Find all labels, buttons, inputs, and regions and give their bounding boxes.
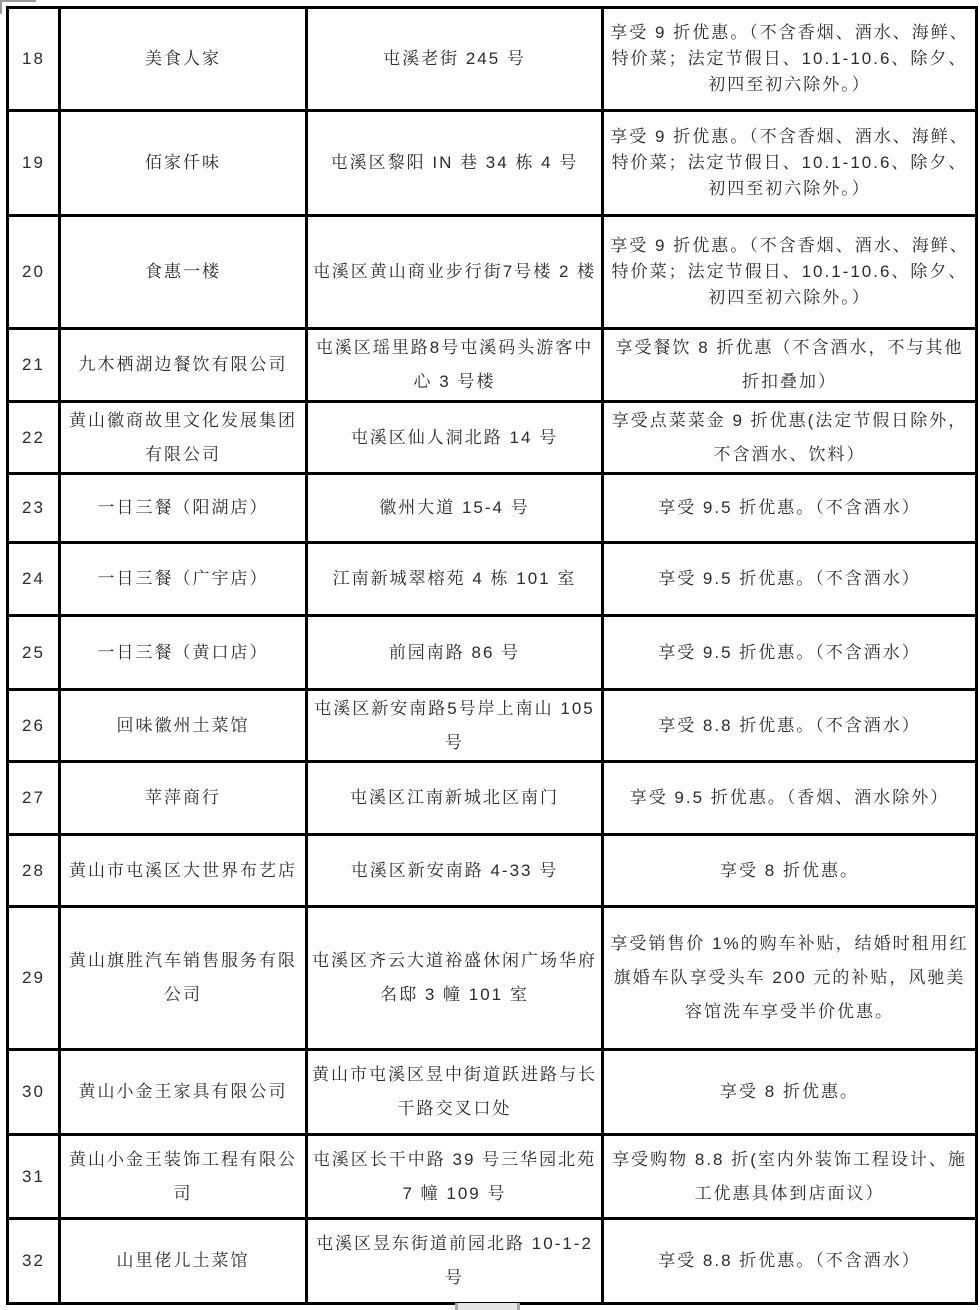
merchant-name: 苹萍商行: [60, 762, 307, 835]
row-number: 20: [8, 216, 60, 329]
merchant-name: 黄山小金王家具有限公司: [60, 1050, 307, 1135]
discount-details: 享受 9 折优惠。（不含香烟、酒水、海鲜、特价菜；法定节假日、10.1-10.6…: [603, 8, 977, 111]
document-page: 18美食人家屯溪老街 245 号享受 9 折优惠。（不含香烟、酒水、海鲜、特价菜…: [0, 0, 980, 1310]
merchant-name: 回味徽州土菜馆: [60, 690, 307, 762]
row-number: 25: [8, 616, 60, 690]
table-row: 24一日三餐（广宇店）江南新城翠榕苑 4 栋 101 室享受 9.5 折优惠。（…: [8, 543, 977, 616]
merchant-address: 屯溪区仙人洞北路 14 号: [307, 402, 603, 474]
table-row: 27苹萍商行屯溪区江南新城北区南门享受 9.5 折优惠。（香烟、酒水除外）: [8, 762, 977, 835]
discount-details: 享受购物 8.8 折(室内外装饰工程设计、施工优惠具体到店面议）: [603, 1135, 977, 1219]
table-row: 30黄山小金王家具有限公司黄山市屯溪区昱中街道跃进路与长干路交叉口处享受 8 折…: [8, 1050, 977, 1135]
discount-details: 享受 9 折优惠。（不含香烟、酒水、海鲜、特价菜；法定节假日、10.1-10.6…: [603, 111, 977, 216]
merchant-name: 佰家仟味: [60, 111, 307, 216]
row-number: 19: [8, 111, 60, 216]
table-row: 26回味徽州土菜馆屯溪区新安南路5号岸上南山 105 号享受 8.8 折优惠。（…: [8, 690, 977, 762]
merchant-name: 黄山旗胜汽车销售服务有限公司: [60, 907, 307, 1050]
discount-details: 享受销售价 1%的购车补贴，结婚时租用红旗婚车队享受头车 200 元的补贴，风驰…: [603, 907, 977, 1050]
row-number: 26: [8, 690, 60, 762]
merchant-table-body: 18美食人家屯溪老街 245 号享受 9 折优惠。（不含香烟、酒水、海鲜、特价菜…: [8, 8, 977, 1304]
merchant-name: 黄山徽商故里文化发展集团有限公司: [60, 402, 307, 474]
table-row: 23一日三餐（阳湖店）徽州大道 15-4 号享受 9.5 折优惠。（不含酒水）: [8, 474, 977, 543]
merchant-address: 徽州大道 15-4 号: [307, 474, 603, 543]
merchant-name: 黄山市屯溪区大世界布艺店: [60, 835, 307, 907]
row-number: 18: [8, 8, 60, 111]
table-row: 21九木栖湖边餐饮有限公司屯溪区瑶里路8号屯溪码头游客中心 3 号楼享受餐饮 8…: [8, 329, 977, 402]
merchant-address: 屯溪区长干中路 39 号三华园北苑 7 幢 109 号: [307, 1135, 603, 1219]
table-row: 28黄山市屯溪区大世界布艺店屯溪区新安南路 4-33 号享受 8 折优惠。: [8, 835, 977, 907]
table-row: 29黄山旗胜汽车销售服务有限公司屯溪区齐云大道裕盛休闲广场华府名邸 3 幢 10…: [8, 907, 977, 1050]
merchant-address: 屯溪老街 245 号: [307, 8, 603, 111]
discount-details: 享受 9.5 折优惠。（不含酒水）: [603, 543, 977, 616]
merchant-address: 黄山市屯溪区昱中街道跃进路与长干路交叉口处: [307, 1050, 603, 1135]
merchant-address: 屯溪区瑶里路8号屯溪码头游客中心 3 号楼: [307, 329, 603, 402]
merchant-name: 美食人家: [60, 8, 307, 111]
previous-content-fragment: [0, 0, 36, 2]
merchant-address: 屯溪区新安南路5号岸上南山 105 号: [307, 690, 603, 762]
merchant-address: 屯溪区黄山商业步行街7号楼 2 楼: [307, 216, 603, 329]
table-row: 18美食人家屯溪老街 245 号享受 9 折优惠。（不含香烟、酒水、海鲜、特价菜…: [8, 8, 977, 111]
merchant-name: 黄山小金王装饰工程有限公司: [60, 1135, 307, 1219]
row-number: 22: [8, 402, 60, 474]
discount-details: 享受 9.5 折优惠。（不含酒水）: [603, 474, 977, 543]
discount-details: 享受 8.8 折优惠。（不含酒水）: [603, 1219, 977, 1304]
merchant-name: 一日三餐（黄口店）: [60, 616, 307, 690]
merchant-address: 屯溪区黎阳 IN 巷 34 栋 4 号: [307, 111, 603, 216]
table-row: 22黄山徽商故里文化发展集团有限公司屯溪区仙人洞北路 14 号享受点菜菜金 9 …: [8, 402, 977, 474]
discount-details: 享受餐饮 8 折优惠（不含酒水，不与其他折扣叠加）: [603, 329, 977, 402]
merchant-name: 九木栖湖边餐饮有限公司: [60, 329, 307, 402]
table-row: 20食惠一楼屯溪区黄山商业步行街7号楼 2 楼享受 9 折优惠。（不含香烟、酒水…: [8, 216, 977, 329]
merchant-name: 食惠一楼: [60, 216, 307, 329]
discount-details: 享受 8.8 折优惠。（不含酒水）: [603, 690, 977, 762]
merchant-name: 一日三餐（阳湖店）: [60, 474, 307, 543]
discount-details: 享受 9.5 折优惠。（不含酒水）: [603, 616, 977, 690]
discount-details: 享受 9.5 折优惠。（香烟、酒水除外）: [603, 762, 977, 835]
table-row: 25一日三餐（黄口店）前园南路 86 号享受 9.5 折优惠。（不含酒水）: [8, 616, 977, 690]
row-number: 27: [8, 762, 60, 835]
discount-details: 享受 8 折优惠。: [603, 1050, 977, 1135]
merchant-name: 一日三餐（广宇店）: [60, 543, 307, 616]
merchant-address: 屯溪区昱东街道前园北路 10-1-2 号: [307, 1219, 603, 1304]
previous-content-fragment: [0, 0, 2, 14]
page-bottom-fragment: [455, 1303, 520, 1310]
merchant-discount-table: 18美食人家屯溪老街 245 号享受 9 折优惠。（不含香烟、酒水、海鲜、特价菜…: [6, 6, 978, 1305]
merchant-name: 山里佬儿土菜馆: [60, 1219, 307, 1304]
row-number: 23: [8, 474, 60, 543]
discount-details: 享受 8 折优惠。: [603, 835, 977, 907]
merchant-address: 屯溪区齐云大道裕盛休闲广场华府名邸 3 幢 101 室: [307, 907, 603, 1050]
discount-details: 享受点菜菜金 9 折优惠(法定节假日除外，不含酒水、饮料）: [603, 402, 977, 474]
merchant-address: 江南新城翠榕苑 4 栋 101 室: [307, 543, 603, 616]
table-row: 32山里佬儿土菜馆屯溪区昱东街道前园北路 10-1-2 号享受 8.8 折优惠。…: [8, 1219, 977, 1304]
discount-details: 享受 9 折优惠。（不含香烟、酒水、海鲜、特价菜；法定节假日、10.1-10.6…: [603, 216, 977, 329]
merchant-address: 屯溪区新安南路 4-33 号: [307, 835, 603, 907]
merchant-address: 前园南路 86 号: [307, 616, 603, 690]
row-number: 29: [8, 907, 60, 1050]
merchant-address: 屯溪区江南新城北区南门: [307, 762, 603, 835]
row-number: 32: [8, 1219, 60, 1304]
row-number: 30: [8, 1050, 60, 1135]
row-number: 28: [8, 835, 60, 907]
row-number: 21: [8, 329, 60, 402]
table-row: 31黄山小金王装饰工程有限公司屯溪区长干中路 39 号三华园北苑 7 幢 109…: [8, 1135, 977, 1219]
row-number: 24: [8, 543, 60, 616]
table-row: 19佰家仟味屯溪区黎阳 IN 巷 34 栋 4 号享受 9 折优惠。（不含香烟、…: [8, 111, 977, 216]
row-number: 31: [8, 1135, 60, 1219]
